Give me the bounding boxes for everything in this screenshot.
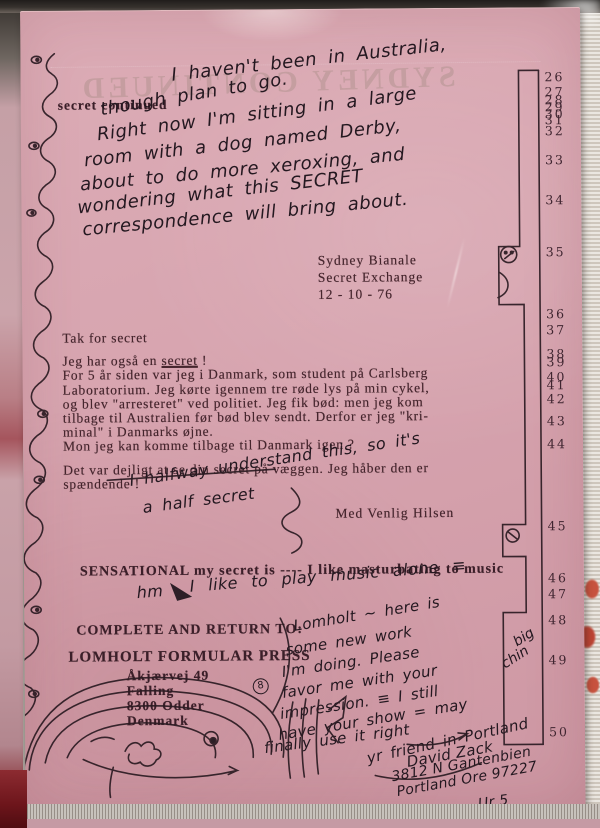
doodle-mouth bbox=[83, 758, 237, 778]
sleeve-bottom-edge bbox=[0, 819, 600, 828]
smile-doodle bbox=[498, 273, 508, 298]
ruler-number: 49 bbox=[549, 653, 569, 667]
ruler-annotation: chin bbox=[499, 643, 532, 672]
ruler-number: 39 bbox=[546, 355, 566, 369]
event-subtitle: Secret Exchange bbox=[318, 268, 423, 286]
reply-squiggle bbox=[282, 488, 302, 553]
address-line: 8300 Odder bbox=[127, 698, 210, 714]
ruler-number: 45 bbox=[548, 519, 568, 533]
face-doodle-at-35 bbox=[501, 246, 517, 262]
ruler-number: 41 bbox=[547, 378, 567, 392]
return-heading: COMPLETE AND RETURN TO: bbox=[76, 622, 303, 640]
handwritten-line: I like to play music alone ≡ bbox=[189, 556, 467, 596]
letter-text: ! bbox=[198, 353, 208, 368]
ruler-number: 48 bbox=[548, 613, 568, 627]
ruler-number: 46 bbox=[548, 571, 568, 585]
doodle-cloud bbox=[125, 742, 161, 766]
ruler-number: 35 bbox=[546, 245, 566, 259]
ruler-number: 34 bbox=[545, 193, 565, 207]
ruler-number: 43 bbox=[547, 414, 567, 428]
circled-number-mark: 8 bbox=[252, 677, 270, 695]
ruler-number: 42 bbox=[547, 392, 567, 406]
signoff: Med Venlig Hilsen bbox=[335, 505, 454, 522]
paper-crease bbox=[446, 238, 465, 308]
letter-line: tilbage til Australien før bød blev send… bbox=[63, 409, 430, 426]
press-name: LOMHOLT FORMULAR PRESS bbox=[68, 648, 310, 666]
address-line: Åkjærvej 49 bbox=[127, 668, 210, 684]
doodle-stroke bbox=[110, 767, 114, 797]
event-name: Sydney Bianale bbox=[318, 251, 423, 269]
ruler-number: 50 bbox=[549, 725, 569, 739]
binder-sleeve-left-edge bbox=[0, 0, 23, 828]
address-line: Falling bbox=[127, 683, 210, 699]
ruler-number: 44 bbox=[547, 437, 567, 451]
handwritten-word: hm bbox=[136, 581, 164, 602]
ruler-line bbox=[538, 70, 543, 744]
ruler-number: 32 bbox=[545, 124, 565, 138]
margin-squiggle-doodle bbox=[20, 54, 62, 717]
doodle-eye bbox=[204, 732, 218, 746]
red-corner-behind-sleeve bbox=[0, 770, 27, 828]
underlined-word: secret bbox=[161, 353, 197, 368]
pink-letter-sheet: SYDNEY CONTINUED secret continued I have… bbox=[20, 7, 586, 810]
photo-of-document-in-sleeve: SYDNEY CONTINUED secret continued I have… bbox=[0, 0, 600, 828]
ruler-number: 47 bbox=[548, 587, 568, 601]
ruler-number: 37 bbox=[546, 323, 566, 337]
event-date: 12 - 10 - 76 bbox=[318, 285, 423, 303]
ruler-number: 36 bbox=[546, 307, 566, 321]
press-address: Åkjærvej 49 Falling 8300 Odder Denmark bbox=[127, 668, 210, 729]
ruler-number: 33 bbox=[545, 153, 565, 167]
doodle-brow bbox=[91, 737, 114, 741]
ruler-number: 26 bbox=[544, 70, 564, 84]
event-block: Sydney Bianale Secret Exchange 12 - 10 -… bbox=[318, 251, 424, 303]
address-line: Denmark bbox=[127, 713, 210, 729]
eye-doodle-at-45 bbox=[506, 529, 519, 542]
